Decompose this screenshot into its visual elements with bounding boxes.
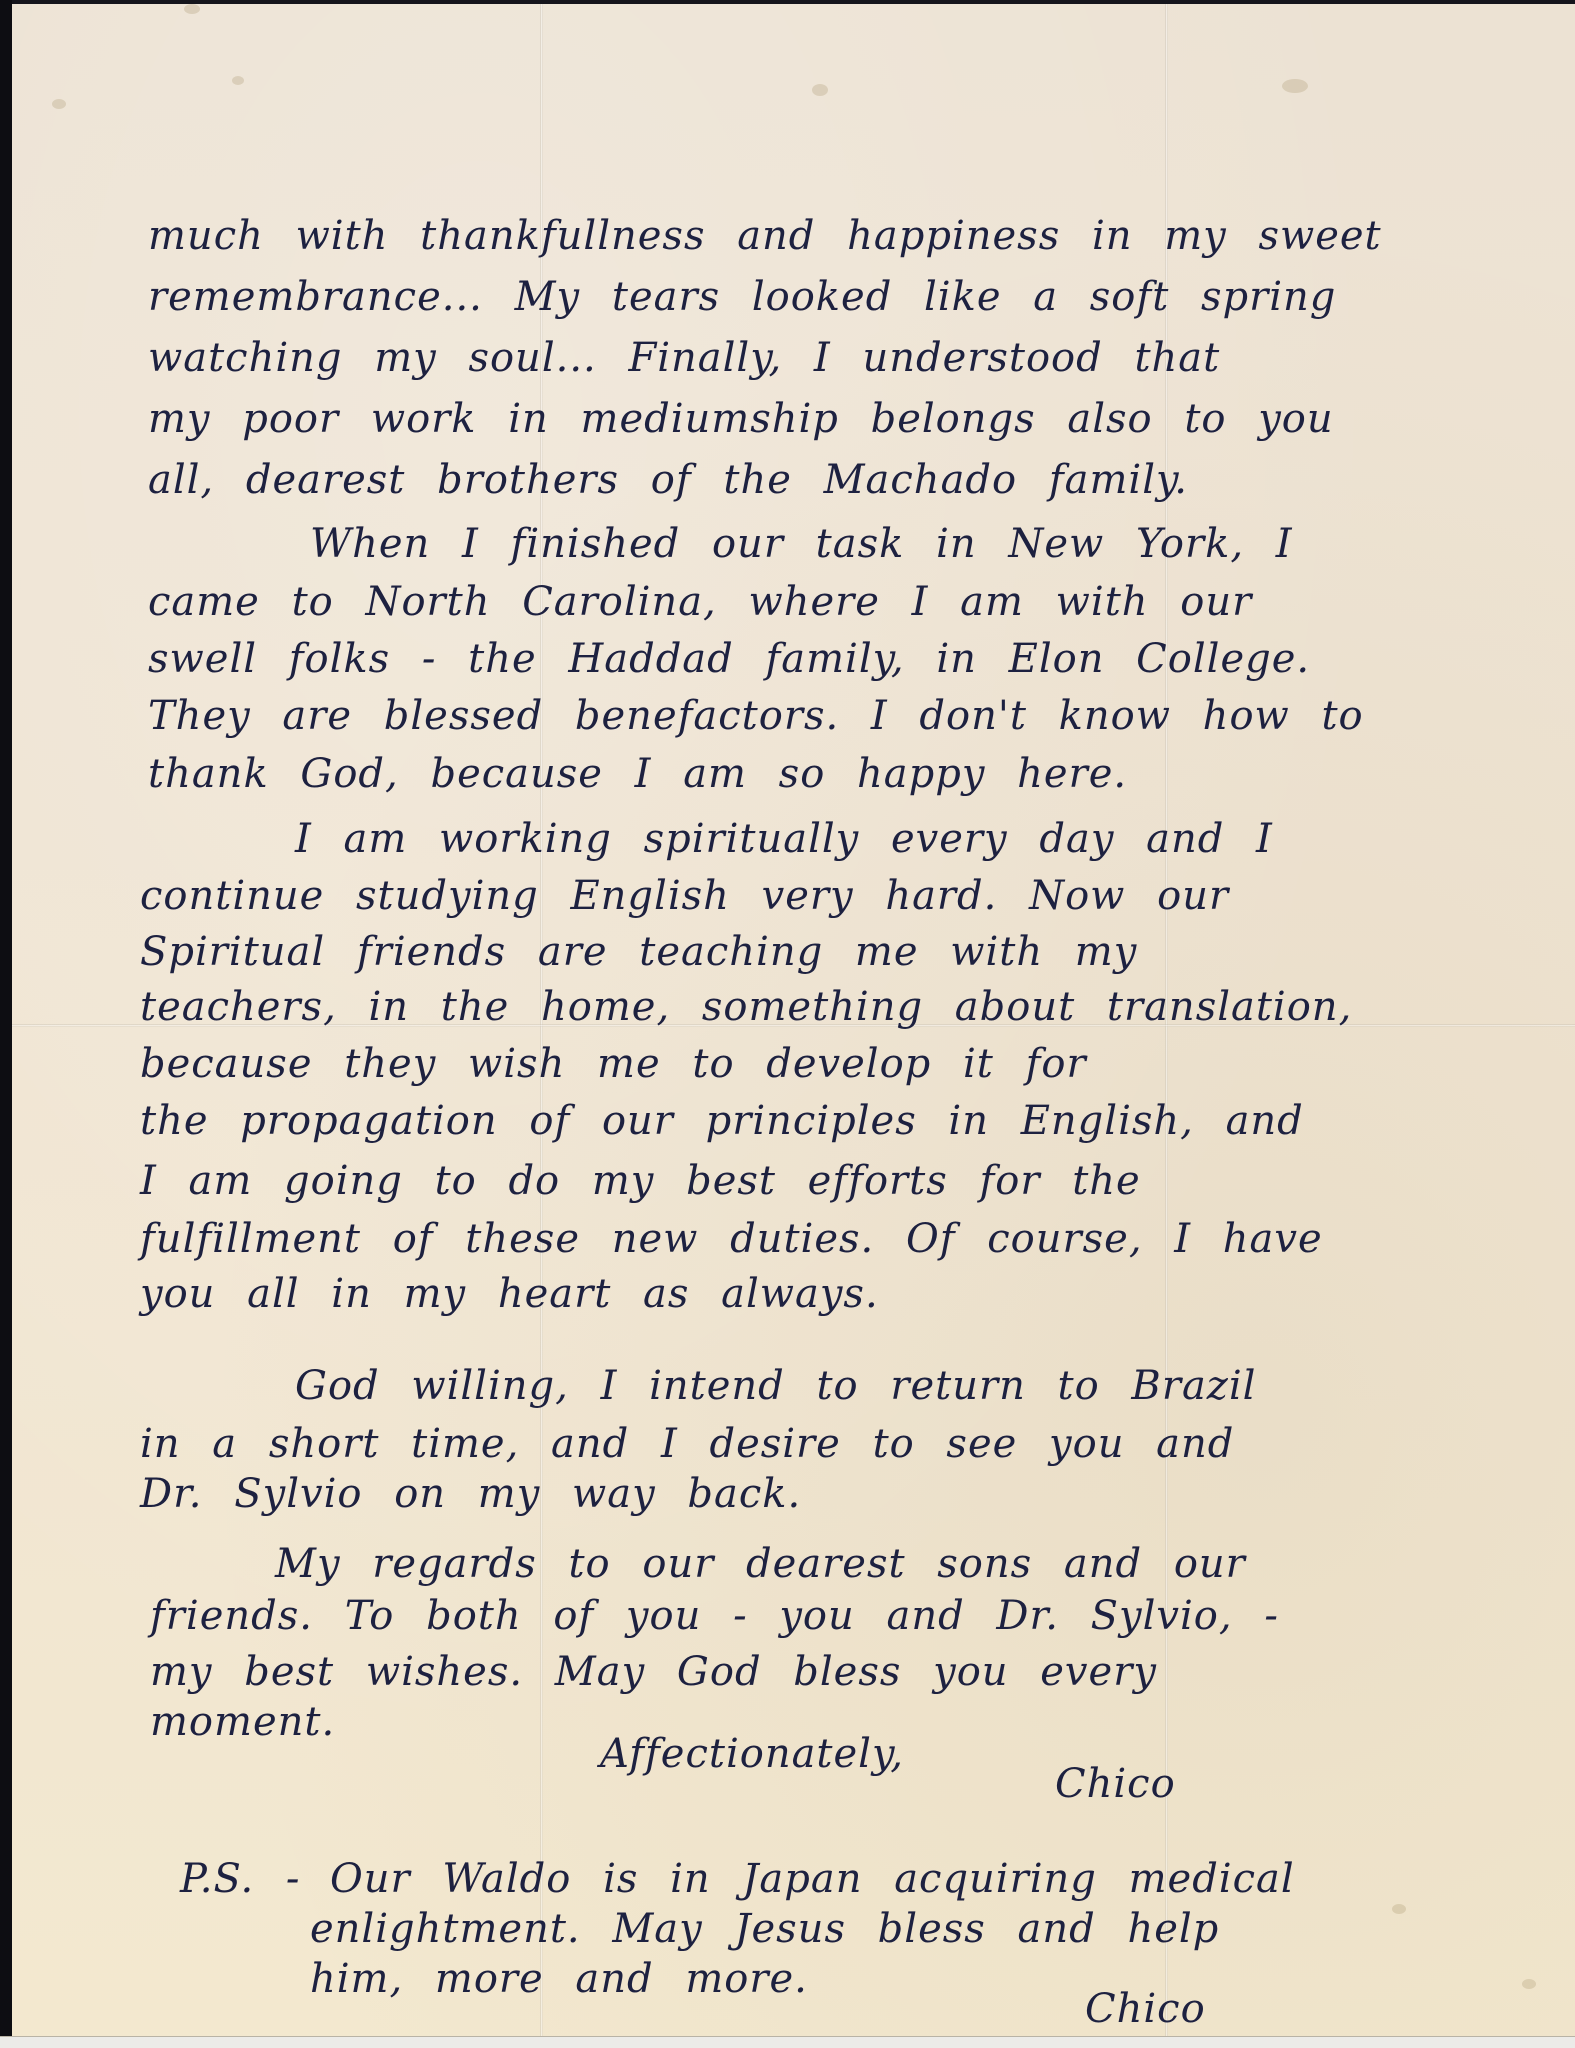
letter-line: teachers, in the home, something about t… (140, 983, 1352, 1031)
letter-closing: Affectionately, (600, 1730, 904, 1778)
letter-line: in a short time, and I desire to see you… (140, 1420, 1234, 1468)
letter-line: God willing, I intend to return to Brazi… (295, 1362, 1256, 1410)
letter-line: Spiritual friends are teaching me with m… (140, 928, 1137, 976)
letter-line: moment. (150, 1698, 335, 1746)
letter-line: fulfillment of these new duties. Of cour… (140, 1215, 1323, 1263)
letter-line: remembrance... My tears looked like a so… (148, 273, 1336, 321)
letter-line: friends. To both of you - you and Dr. Sy… (150, 1592, 1279, 1640)
letter-line: Dr. Sylvio on my way back. (140, 1470, 801, 1518)
letter-line: I am going to do my best efforts for the (140, 1157, 1141, 1205)
letter-line: When I finished our task in New York, I (310, 520, 1293, 568)
letter-line: thank God, because I am so happy here. (148, 750, 1127, 798)
letter-line: because they wish me to develop it for (140, 1040, 1087, 1088)
scan-bottom-edge (0, 2036, 1575, 2048)
letter-signature: Chico (1055, 1760, 1176, 1808)
postscript-line: enlightment. May Jesus bless and help (310, 1905, 1219, 1953)
postscript-line: Our Waldo is in Japan acquiring medical (330, 1855, 1295, 1903)
letter-line: I am working spiritually every day and I (295, 815, 1273, 863)
letter-line: much with thankfullness and happiness in… (148, 212, 1382, 260)
letter-line: My regards to our dearest sons and our (275, 1540, 1246, 1588)
postscript-line: him, more and more. (310, 1955, 808, 2003)
letter-line: swell folks - the Haddad family, in Elon… (148, 635, 1310, 683)
letter-line: all, dearest brothers of the Machado fam… (148, 456, 1188, 504)
letter-line: the propagation of our principles in Eng… (140, 1097, 1304, 1145)
letter-line: you all in my heart as always. (140, 1270, 879, 1318)
postscript-signature: Chico (1085, 1985, 1206, 2033)
letter-line: my poor work in mediumship belongs also … (148, 395, 1334, 443)
letter-line: my best wishes. May God bless you every (150, 1648, 1157, 1696)
letter-line: watching my soul... Finally, I understoo… (148, 334, 1220, 382)
letter-line: continue studying English very hard. Now… (140, 872, 1229, 920)
postscript-label: P.S. - (180, 1855, 300, 1903)
letter-body: much with thankfullness and happiness in… (0, 0, 1575, 2048)
letter-line: They are blessed benefactors. I don't kn… (148, 692, 1364, 740)
letter-line: came to North Carolina, where I am with … (148, 578, 1252, 626)
